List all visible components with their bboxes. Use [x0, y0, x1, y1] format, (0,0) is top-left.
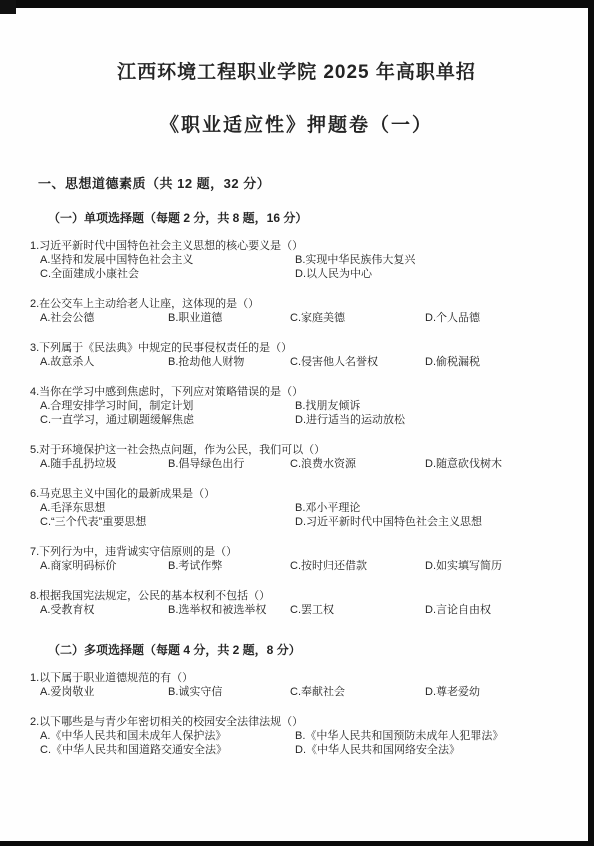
option-d: D.以人民为中心: [295, 267, 563, 281]
scan-frame-bottom: [0, 841, 594, 846]
option-c: C.浪费水资源: [290, 457, 425, 471]
option-a: A.合理安排学习时间，制定计划: [40, 399, 295, 413]
option-c: C.按时归还借款: [290, 559, 425, 573]
option-d: D.言论自由权: [425, 603, 563, 617]
question-5: 5.对于环境保护这一社会热点问题，作为公民，我们可以（） A.随手乱扔垃圾 B.…: [30, 443, 563, 471]
option-a: A.随手乱扔垃圾: [40, 457, 168, 471]
option-c: C.全面建成小康社会: [40, 267, 295, 281]
single-choice-heading: （一）单项选择题（每题 2 分，共 8 题，16 分）: [48, 209, 563, 226]
option-a: A.毛泽东思想: [40, 501, 295, 515]
question-2: 2.在公交车上主动给老人让座，这体现的是（） A.社会公德 B.职业道德 C.家…: [30, 297, 563, 325]
option-d: D.随意砍伐树木: [425, 457, 563, 471]
option-a: A.商家明码标价: [40, 559, 168, 573]
question-1: 1.习近平新时代中国特色社会主义思想的核心要义是（） A.坚持和发展中国特色社会…: [30, 239, 563, 281]
page-title-line2: 《职业适应性》押题卷（一）: [30, 110, 563, 137]
option-a: A.社会公德: [40, 311, 168, 325]
option-a: A.《中华人民共和国未成年人保护法》: [40, 729, 295, 743]
question-4: 4.当你在学习中感到焦虑时，下列应对策略错误的是（） A.合理安排学习时间，制定…: [30, 385, 563, 427]
option-d: D.尊老爱幼: [425, 685, 563, 699]
option-b: B.职业道德: [168, 311, 290, 325]
option-c: C.侵害他人名誉权: [290, 355, 425, 369]
option-c: C.家庭美德: [290, 311, 425, 325]
option-c: C.“三个代表”重要思想: [40, 515, 295, 529]
question-stem: 5.对于环境保护这一社会热点问题，作为公民，我们可以（）: [30, 443, 563, 457]
option-d: D.偷税漏税: [425, 355, 563, 369]
question-stem: 1.习近平新时代中国特色社会主义思想的核心要义是（）: [30, 239, 563, 253]
multi-question-2: 2.以下哪些是与青少年密切相关的校园安全法律法规（） A.《中华人民共和国未成年…: [30, 715, 563, 757]
question-stem: 7.下列行为中，违背诚实守信原则的是（）: [30, 545, 563, 559]
option-c: C.奉献社会: [290, 685, 425, 699]
exam-paper-page: 江西环境工程职业学院 2025 年高职单招 《职业适应性》押题卷（一） 一、思想…: [0, 8, 588, 841]
page-title-line1: 江西环境工程职业学院 2025 年高职单招: [30, 57, 563, 84]
option-a: A.爱岗敬业: [40, 685, 168, 699]
question-7: 7.下列行为中，违背诚实守信原则的是（） A.商家明码标价 B.考试作弊 C.按…: [30, 545, 563, 573]
option-a: A.坚持和发展中国特色社会主义: [40, 253, 295, 267]
multi-choice-heading: （二）多项选择题（每题 4 分，共 2 题，8 分）: [48, 641, 563, 658]
option-d: D.进行适当的运动放松: [295, 413, 563, 427]
question-stem: 4.当你在学习中感到焦虑时，下列应对策略错误的是（）: [30, 385, 563, 399]
option-a: A.故意杀人: [40, 355, 168, 369]
multi-question-1: 1.以下属于职业道德规范的有（） A.爱岗敬业 B.诚实守信 C.奉献社会 D.…: [30, 671, 563, 699]
option-b: B.选举权和被选举权: [168, 603, 290, 617]
scan-corner-block: [0, 0, 16, 14]
option-c: C.一直学习，通过刷题缓解焦虑: [40, 413, 295, 427]
option-b: B.实现中华民族伟大复兴: [295, 253, 563, 267]
option-b: B.找朋友倾诉: [295, 399, 563, 413]
option-d: D.《中华人民共和国网络安全法》: [295, 743, 563, 757]
question-6: 6.马克思主义中国化的最新成果是（） A.毛泽东思想 B.邓小平理论 C.“三个…: [30, 487, 563, 529]
option-b: B.抢劫他人财物: [168, 355, 290, 369]
scan-frame-top: [0, 0, 594, 8]
option-a: A.受教育权: [40, 603, 168, 617]
question-8: 8.根据我国宪法规定，公民的基本权利不包括（） A.受教育权 B.选举权和被选举…: [30, 589, 563, 617]
option-d: D.习近平新时代中国特色社会主义思想: [295, 515, 563, 529]
option-d: D.个人品德: [425, 311, 563, 325]
question-stem: 6.马克思主义中国化的最新成果是（）: [30, 487, 563, 501]
option-c: C.《中华人民共和国道路交通安全法》: [40, 743, 295, 757]
question-stem: 8.根据我国宪法规定，公民的基本权利不包括（）: [30, 589, 563, 603]
option-b: B.考试作弊: [168, 559, 290, 573]
option-b: B.邓小平理论: [295, 501, 563, 515]
question-stem: 2.以下哪些是与青少年密切相关的校园安全法律法规（）: [30, 715, 563, 729]
question-stem: 2.在公交车上主动给老人让座，这体现的是（）: [30, 297, 563, 311]
question-3: 3.下列属于《民法典》中规定的民事侵权责任的是（） A.故意杀人 B.抢劫他人财…: [30, 341, 563, 369]
scan-frame-right: [588, 0, 594, 846]
option-b: B.诚实守信: [168, 685, 290, 699]
option-d: D.如实填写简历: [425, 559, 563, 573]
option-b: B.《中华人民共和国预防未成年人犯罪法》: [295, 729, 563, 743]
section-heading: 一、思想道德素质（共 12 题，32 分）: [38, 173, 563, 192]
option-b: B.倡导绿色出行: [168, 457, 290, 471]
option-c: C.罢工权: [290, 603, 425, 617]
question-stem: 1.以下属于职业道德规范的有（）: [30, 671, 563, 685]
question-stem: 3.下列属于《民法典》中规定的民事侵权责任的是（）: [30, 341, 563, 355]
